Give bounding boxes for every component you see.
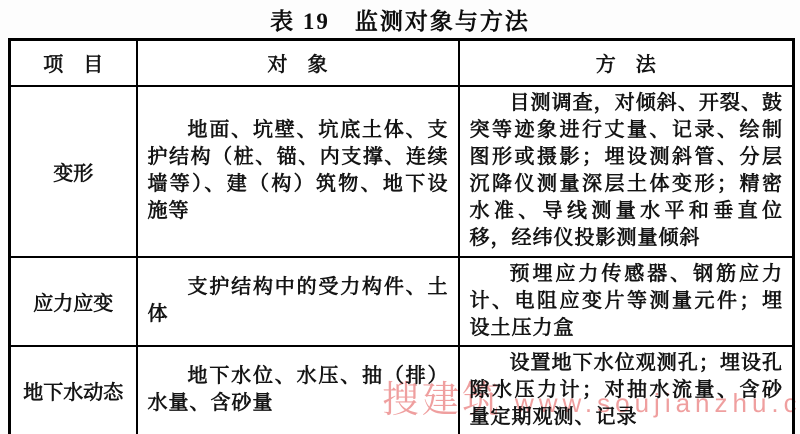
monitoring-table: 项 目 对 象 方 法 变形 地面、坑壁、坑底土体、支护结构（桩、锚、内支撑、连… [8,38,795,434]
item-cell-groundwater: 地下水动态 [10,346,137,434]
header-row: 项 目 对 象 方 法 [10,40,794,86]
table-row-groundwater: 地下水动态 地下水位、水压、抽（排）水量、含砂量 设置地下水位观测孔；埋设孔隙水… [10,346,794,434]
object-cell-stress-strain: 支护结构中的受力构件、土体 [137,257,459,346]
table-row-deformation: 变形 地面、坑壁、坑底土体、支护结构（桩、锚、内支撑、连续墙等）、建（构）筑物、… [10,86,794,257]
method-cell-deformation: 目测调查，对倾斜、开裂、鼓突等迹象进行丈量、记录、绘制图形或摄影；埋设测斜管、分… [459,86,794,257]
item-cell-stress-strain: 应力应变 [10,257,137,346]
method-cell-groundwater: 设置地下水位观测孔；埋设孔隙水压力计；对抽水流量、含砂量定期观测、记录 [459,346,794,434]
table-row-stress-strain: 应力应变 支护结构中的受力构件、土体 预埋应力传感器、钢筋应力计、电阻应变片等测… [10,257,794,346]
item-cell-deformation: 变形 [10,86,137,257]
header-object: 对 象 [137,40,459,86]
document-page: 表 19 监测对象与方法 项 目 对 象 方 法 变形 地面、坑壁、坑底土体、支… [0,0,800,434]
object-cell-deformation: 地面、坑壁、坑底土体、支护结构（桩、锚、内支撑、连续墙等）、建（构）筑物、地下设… [137,86,459,257]
header-item: 项 目 [10,40,137,86]
header-method: 方 法 [459,40,794,86]
table-title: 表 19 监测对象与方法 [0,3,800,36]
object-cell-groundwater: 地下水位、水压、抽（排）水量、含砂量 [137,346,459,434]
method-cell-stress-strain: 预埋应力传感器、钢筋应力计、电阻应变片等测量元件；埋设土压力盒 [459,257,794,346]
